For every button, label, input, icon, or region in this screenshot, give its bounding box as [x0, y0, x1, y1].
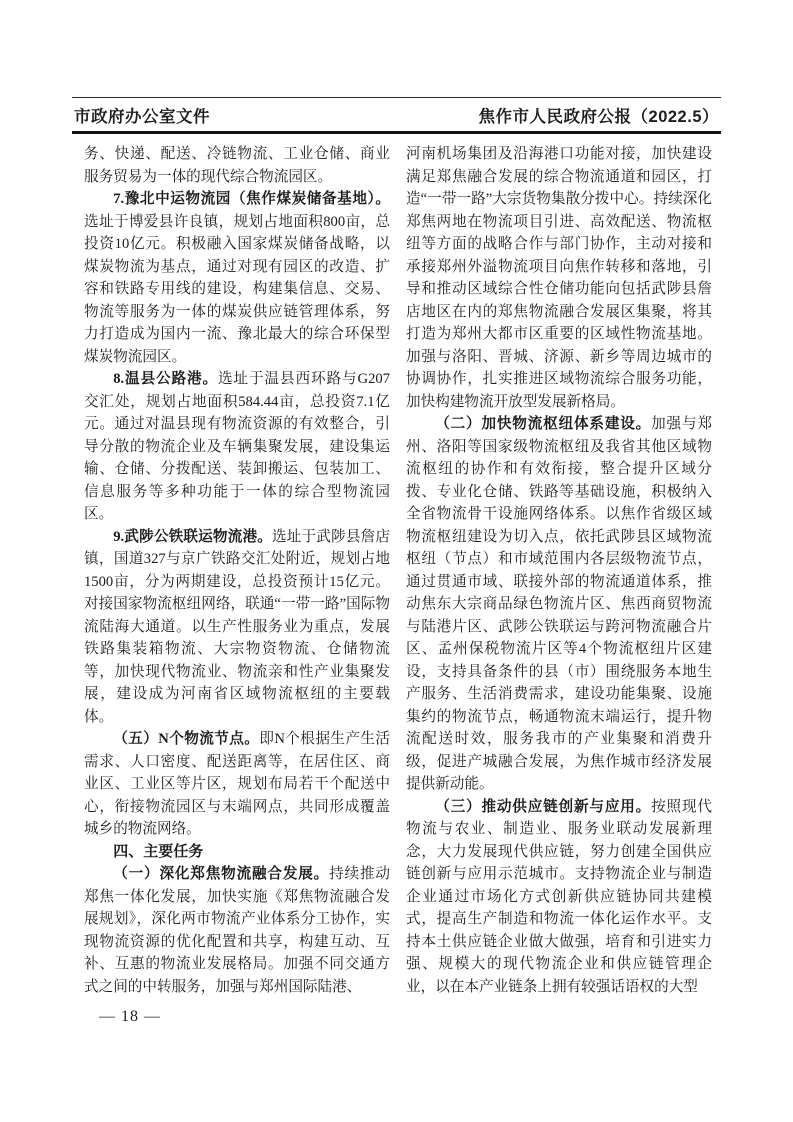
header-left-title: 市政府办公室文件	[72, 103, 212, 127]
right-column: 河南机场集团及沿海港口功能对接，加快建设满足郑焦融合发展的综合物流通道和园区，打…	[406, 143, 712, 998]
paragraph: 8.温县公路港。选址于温县西环路与G207交汇处，规划占地面积584.44亩，总…	[84, 368, 390, 526]
document-body: 务、快递、配送、冷链物流、工业仓储、商业服务贸易为一体的现代综合物流园区。7.豫…	[84, 143, 712, 998]
text-segment: （三）推动供应链创新与应用。	[435, 799, 651, 815]
text-segment: （二）加快物流枢纽体系建设。	[435, 416, 651, 432]
paragraph: 7.豫北中运物流园（焦作煤炭储备基地）。选址于博爱县许良镇，规划占地面积800亩…	[84, 188, 390, 368]
text-segment: 河南机场集团及沿海港口功能对接，加快建设满足郑焦融合发展的综合物流通道和园区，打…	[406, 146, 712, 410]
text-segment: 持续推动郑焦一体化发展，加快实施《郑焦物流融合发展规划》，深化两市物流产业体系分…	[84, 866, 390, 995]
page-header: 市政府办公室文件 焦作市人民政府公报（2022.5）	[72, 97, 721, 134]
paragraph: （二）加快物流枢纽体系建设。加强与郑州、洛阳等国家级物流枢纽及我省其他区域物流枢…	[406, 413, 712, 796]
text-segment: （一）深化郑焦物流融合发展。	[113, 866, 329, 882]
paragraph: 务、快递、配送、冷链物流、工业仓储、商业服务贸易为一体的现代综合物流园区。	[84, 143, 390, 188]
paragraph: 9.武陟公铁联运物流港。选址于武陟县詹店镇，国道327与京广铁路交汇处附近，规划…	[84, 526, 390, 729]
text-segment: 选址于武陟县詹店镇，国道327与京广铁路交汇处附近，规划占地1500亩，分为两期…	[84, 529, 390, 725]
paragraph: （三）推动供应链创新与应用。按照现代物流与农业、制造业、服务业联动发展新理念，大…	[406, 796, 712, 999]
text-segment: 选址于博爱县许良镇，规划占地面积800亩，总投资10亿元。积极融入国家煤炭储备战…	[84, 214, 390, 365]
text-segment: 7.豫北中运物流园（焦作煤炭储备基地）。	[113, 191, 390, 207]
paragraph: 四、主要任务	[84, 841, 390, 864]
text-segment: 加强与郑州、洛阳等国家级物流枢纽及我省其他区域物流枢纽的协作和有效衔接，整合提升…	[406, 416, 712, 792]
paragraph: 河南机场集团及沿海港口功能对接，加快建设满足郑焦融合发展的综合物流通道和园区，打…	[406, 143, 712, 413]
text-segment: 9.武陟公铁联运物流港。	[113, 529, 272, 545]
text-segment: 按照现代物流与农业、制造业、服务业联动发展新理念，大力发展现代供应链，努力创建全…	[406, 799, 712, 995]
text-segment: 8.温县公路港。	[113, 371, 218, 387]
paragraph: （五）N个物流节点。即N个根据生产生活需求、人口密度、配送距离等，在居住区、商业…	[84, 728, 390, 841]
text-segment: 选址于温县西环路与G207交汇处，规划占地面积584.44亩，总投资7.1亿元。…	[84, 371, 390, 522]
left-column: 务、快递、配送、冷链物流、工业仓储、商业服务贸易为一体的现代综合物流园区。7.豫…	[84, 143, 390, 998]
document-page: 市政府办公室文件 焦作市人民政府公报（2022.5） 务、快递、配送、冷链物流、…	[0, 0, 793, 1122]
header-right-title: 焦作市人民政府公报（2022.5）	[477, 103, 721, 127]
page-number: — 18 —	[99, 1008, 161, 1026]
text-segment: （五）N个物流节点。	[113, 731, 259, 747]
paragraph: （一）深化郑焦物流融合发展。持续推动郑焦一体化发展，加快实施《郑焦物流融合发展规…	[84, 863, 390, 998]
text-segment: 务、快递、配送、冷链物流、工业仓储、商业服务贸易为一体的现代综合物流园区。	[84, 146, 390, 185]
section-heading: 四、主要任务	[113, 843, 203, 860]
